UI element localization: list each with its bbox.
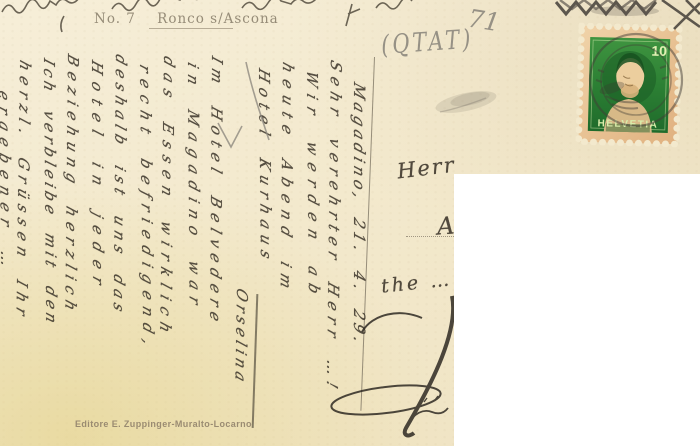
handwriting-line: Ich verbleibe mit den [40,56,60,329]
address-fragment: the … [380,268,453,297]
handwriting-line: in Magadino war [184,60,204,314]
card-number-label: No. 7 [94,11,136,27]
handwriting-line: ergebener … [0,88,16,276]
header-underline [149,28,233,29]
handwriting-line: Magadino, 21. 4. 29. [350,80,368,349]
postage-stamp: 10 HELVETIA [575,23,682,148]
handwriting-line: das Essen wirklich [156,54,178,342]
card-place-label: Ronco s/Ascona [157,11,279,27]
handwriting-line: deshalb ist uns das [110,52,130,319]
handwriting-line: Hotel Kurhaus [255,66,275,267]
stamp-denomination: 10 [651,43,667,59]
pencil-annotation: (QTAT) [380,24,474,60]
address-dotted-line [406,236,454,237]
address-salutation: Herr [396,153,457,184]
publisher-line: Editore E. Zuppinger-Muralto-Locarno [75,419,252,429]
orselina-underline [252,294,258,428]
handwriting-line: heute Abend im [277,60,297,298]
pencil-smudge [434,87,498,117]
handwriting-line: Wir werden ab [303,68,323,304]
stamp-country-label: HELVETIA [597,118,658,131]
printed-header: No. 7 Ronco s/Ascona [94,11,279,27]
handwriting-line: Orselina [231,286,251,388]
handwriting-line: herzl. Grüssen Ihr [12,58,34,324]
postcard-back: No. 7 Ronco s/Ascona Editore E. Zuppinge… [0,0,700,446]
signature-flourish [330,296,453,435]
stamp-graphic: 10 HELVETIA [575,23,682,148]
handwriting-line: Hotel in jeder [88,58,107,295]
handwriting-line: Sehr verehrter Herr …! [323,58,345,397]
handwriting-line: recht befriedigend, [136,62,158,354]
handwriting-line: Beziehung herzlich [61,52,82,319]
redaction-overlay [454,174,700,446]
pencil-number: 71 [466,4,502,38]
handwriting-line: Im Hotel Belvedere [206,54,226,330]
